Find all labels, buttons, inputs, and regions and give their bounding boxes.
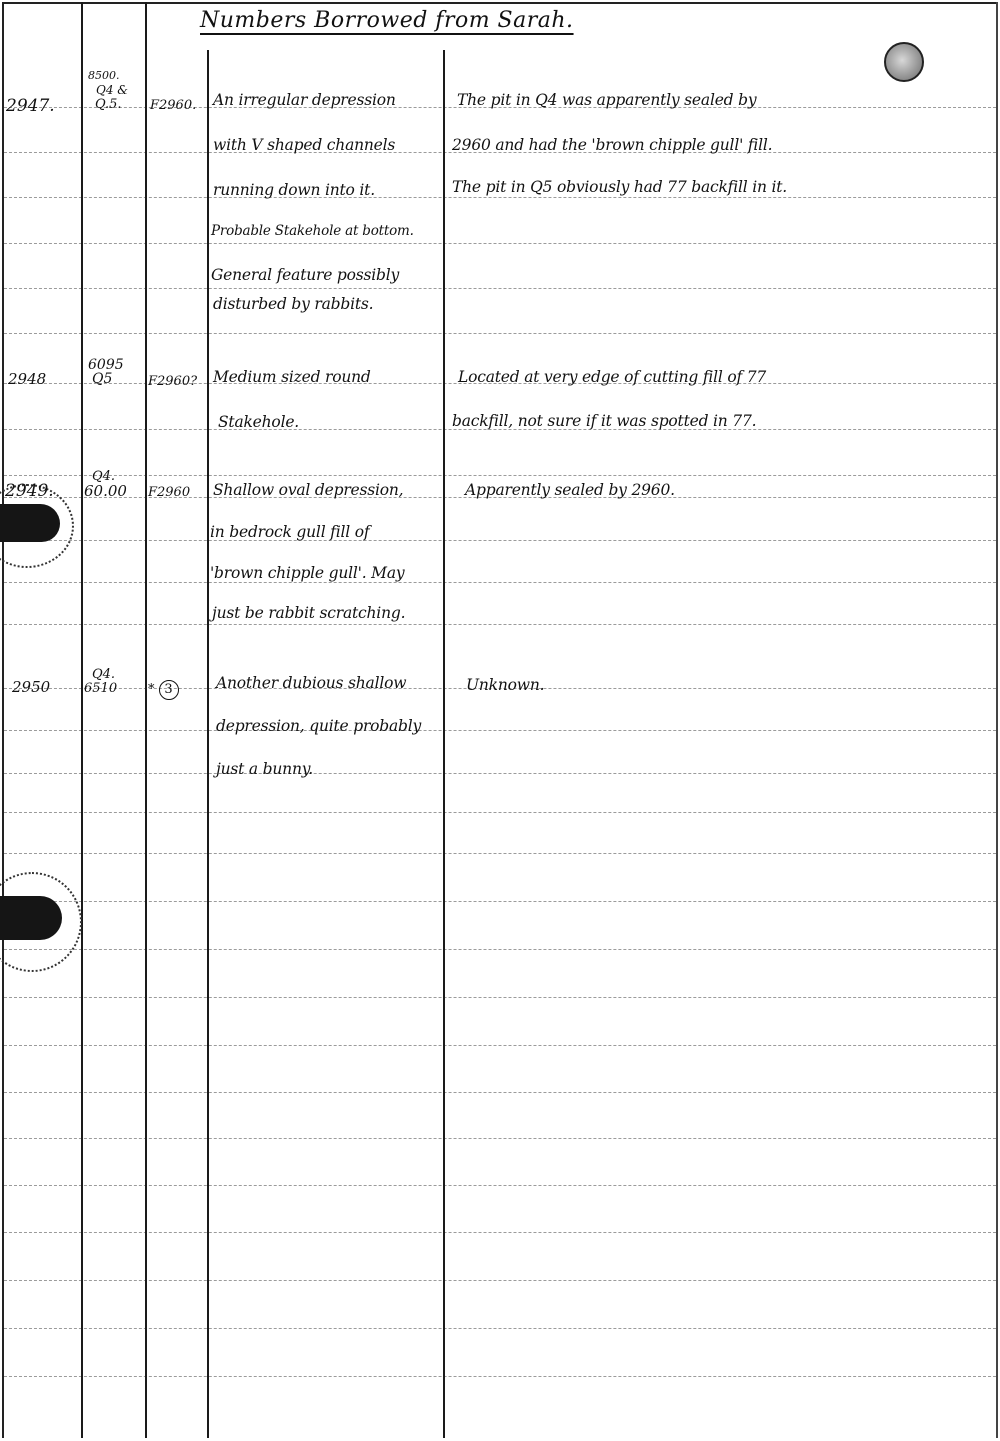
location-line: Q5 bbox=[92, 372, 112, 387]
feature-number: F2960? bbox=[148, 375, 197, 388]
ruled-line bbox=[4, 288, 996, 289]
ruled-line bbox=[4, 853, 996, 854]
ruled-line bbox=[4, 1092, 996, 1093]
description-line: Another dubious shallow bbox=[216, 676, 406, 692]
interpretation-line: Located at very edge of cutting fill of … bbox=[458, 370, 766, 386]
interpretation-line: 2960 and had the 'brown chipple gull' fi… bbox=[452, 138, 772, 154]
location-line: Q4. bbox=[92, 668, 115, 682]
context-number: 2948 bbox=[8, 372, 46, 387]
interpretation-line: The pit in Q5 obviously had 77 backfill … bbox=[452, 180, 787, 196]
ruled-line bbox=[4, 243, 996, 244]
sheet-title: Numbers Borrowed from Sarah. bbox=[200, 8, 574, 33]
ruled-line bbox=[4, 730, 996, 731]
binder-hole-icon bbox=[0, 504, 60, 542]
ruled-line bbox=[4, 997, 996, 998]
interpretation-line: The pit in Q4 was apparently sealed by bbox=[457, 93, 756, 109]
feature-number: F2960. bbox=[150, 99, 196, 112]
location-line: Q.5. bbox=[95, 98, 122, 112]
description-line: An irregular depression bbox=[213, 93, 396, 109]
ruled-line bbox=[4, 773, 996, 774]
binder-hole-icon bbox=[0, 896, 62, 940]
context-number: 2947. bbox=[6, 98, 55, 115]
ruled-line bbox=[4, 540, 996, 541]
interpretation-line: backfill, not sure if it was spotted in … bbox=[452, 414, 756, 430]
context-record-sheet: Numbers Borrowed from Sarah. 2947. 8500.… bbox=[0, 0, 1000, 1441]
description-line: running down into it. bbox=[213, 183, 375, 199]
interpretation-line: Apparently sealed by 2960. bbox=[465, 483, 675, 499]
description-line: Medium sized round bbox=[213, 370, 371, 386]
ruled-line bbox=[4, 901, 996, 902]
description-line: Shallow oval depression, bbox=[213, 483, 403, 499]
asterisk-mark: * bbox=[148, 682, 155, 697]
punch-hole-icon bbox=[884, 42, 924, 82]
description-line: depression, quite probably bbox=[216, 719, 421, 735]
ruled-line bbox=[4, 475, 996, 476]
description-line: Stakehole. bbox=[218, 415, 299, 431]
ruled-line bbox=[4, 812, 996, 813]
ruled-line bbox=[4, 1185, 996, 1186]
description-line: just be rabbit scratching. bbox=[212, 606, 405, 622]
column-divider-location bbox=[145, 2, 147, 1438]
location-line: 8500. bbox=[88, 70, 120, 82]
column-divider-description bbox=[443, 50, 445, 1438]
location-line: 60.00 bbox=[84, 484, 127, 500]
ruled-line bbox=[4, 333, 996, 334]
ruled-line bbox=[4, 1376, 996, 1377]
description-line: in bedrock gull fill of bbox=[210, 525, 369, 541]
description-line: disturbed by rabbits. bbox=[213, 297, 373, 313]
description-line: just a bunny. bbox=[216, 762, 313, 778]
description-line: General feature possibly bbox=[211, 268, 399, 284]
feature-mark: *3 bbox=[148, 680, 179, 700]
feature-number: F2960 bbox=[148, 486, 190, 499]
sheet-border-top bbox=[2, 2, 998, 4]
ruled-line bbox=[4, 1232, 996, 1233]
ruled-line bbox=[4, 1045, 996, 1046]
sheet-border-right bbox=[996, 2, 998, 1438]
ruled-line bbox=[4, 624, 996, 625]
ruled-line bbox=[4, 1280, 996, 1281]
description-line: with V shaped channels bbox=[213, 138, 395, 154]
context-number: 2949. bbox=[5, 483, 54, 500]
ruled-line bbox=[4, 582, 996, 583]
ruled-line bbox=[4, 1138, 996, 1139]
description-line: 'brown chipple gull'. May bbox=[210, 566, 404, 582]
context-number: 2950 bbox=[12, 680, 50, 695]
ruled-line bbox=[4, 1328, 996, 1329]
ruled-line bbox=[4, 949, 996, 950]
description-line: Probable Stakehole at bottom. bbox=[211, 225, 414, 239]
location-line: 6510 bbox=[84, 682, 117, 696]
column-divider-feature bbox=[207, 50, 209, 1438]
column-divider-context bbox=[81, 2, 83, 1438]
circled-number-icon: 3 bbox=[159, 680, 179, 700]
sheet-border-left bbox=[2, 2, 4, 1438]
location-line: Q4 & bbox=[96, 84, 128, 97]
interpretation-line: Unknown. bbox=[466, 678, 544, 694]
ruled-line bbox=[4, 197, 996, 198]
